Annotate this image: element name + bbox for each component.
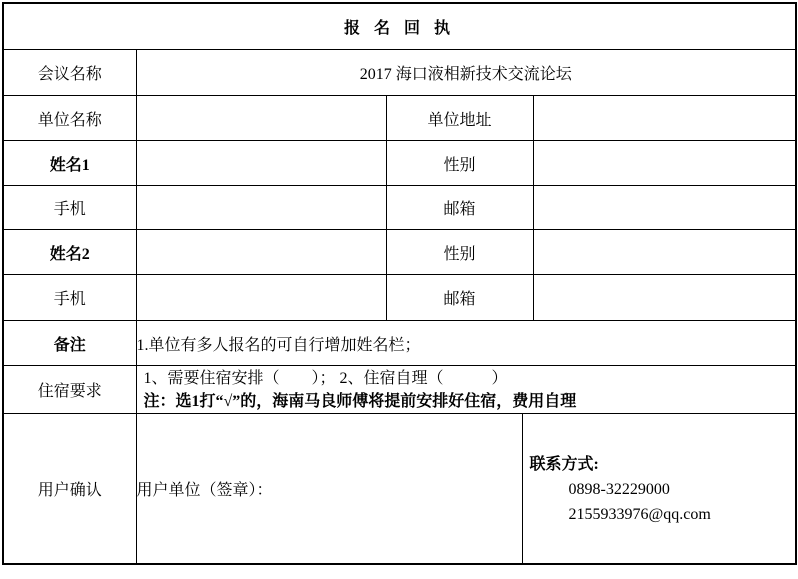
person2-name-label: 姓名2 xyxy=(3,230,136,275)
lodging-note-line: 注：选1打“√”的，海南马良师傅将提前安排好住宿，费用自理 xyxy=(137,390,796,413)
unit-address-field[interactable] xyxy=(533,96,796,141)
person1-phone-field[interactable] xyxy=(136,186,386,230)
person2-gender-field[interactable] xyxy=(533,230,796,275)
lodging-row: 住宿要求 1、需要住宿安排（ ）； 2、住宿自理（ ） 注：选1打“√”的，海南… xyxy=(3,366,796,414)
contact-title: 联系方式: xyxy=(523,450,796,477)
lodging-option-line: 1、需要住宿安排（ ）； 2、住宿自理（ ） xyxy=(137,367,796,390)
signature-field[interactable]: 用户单位（签章）： xyxy=(136,414,522,565)
person1-name-label: 姓名1 xyxy=(3,141,136,186)
registration-form-page: 报 名 回 执 会议名称 2017 海口液相新技术交流论坛 单位名称 单位地址 … xyxy=(0,0,798,579)
person1-name-field[interactable] xyxy=(136,141,386,186)
lodging-options-cell[interactable]: 1、需要住宿安排（ ）； 2、住宿自理（ ） 注：选1打“√”的，海南马良师傅将… xyxy=(136,366,796,414)
unit-name-label: 单位名称 xyxy=(3,96,136,141)
person2-name-row: 姓名2 性别 xyxy=(3,230,796,275)
contact-email: 2155933976@qq.com xyxy=(523,502,796,527)
person1-contact-row: 手机 邮箱 xyxy=(3,186,796,230)
form-title: 报 名 回 执 xyxy=(3,3,796,50)
person1-email-field[interactable] xyxy=(533,186,796,230)
title-row: 报 名 回 执 xyxy=(3,3,796,50)
registration-form-table: 报 名 回 执 会议名称 2017 海口液相新技术交流论坛 单位名称 单位地址 … xyxy=(2,2,797,565)
person2-phone-label: 手机 xyxy=(3,275,136,321)
confirm-label: 用户确认 xyxy=(3,414,136,565)
person2-contact-row: 手机 邮箱 xyxy=(3,275,796,321)
remark-row: 备注 1.单位有多人报名的可自行增加姓名栏； xyxy=(3,321,796,366)
person2-gender-label: 性别 xyxy=(386,230,533,275)
confirm-row: 用户确认 用户单位（签章）： 联系方式: 0898-32229000 21559… xyxy=(3,414,796,565)
contact-phone: 0898-32229000 xyxy=(523,477,796,502)
remark-label: 备注 xyxy=(3,321,136,366)
person2-phone-field[interactable] xyxy=(136,275,386,321)
unit-name-field[interactable] xyxy=(136,96,386,141)
remark-text: 1.单位有多人报名的可自行增加姓名栏； xyxy=(136,321,796,366)
person2-email-field[interactable] xyxy=(533,275,796,321)
meeting-name-row: 会议名称 2017 海口液相新技术交流论坛 xyxy=(3,50,796,96)
person1-phone-label: 手机 xyxy=(3,186,136,230)
unit-row: 单位名称 单位地址 xyxy=(3,96,796,141)
person2-name-field[interactable] xyxy=(136,230,386,275)
person1-gender-label: 性别 xyxy=(386,141,533,186)
unit-address-label: 单位地址 xyxy=(386,96,533,141)
lodging-label: 住宿要求 xyxy=(3,366,136,414)
person2-email-label: 邮箱 xyxy=(386,275,533,321)
person1-name-row: 姓名1 性别 xyxy=(3,141,796,186)
meeting-name-label: 会议名称 xyxy=(3,50,136,96)
person1-gender-field[interactable] xyxy=(533,141,796,186)
person1-email-label: 邮箱 xyxy=(386,186,533,230)
contact-info-cell: 联系方式: 0898-32229000 2155933976@qq.com xyxy=(522,414,796,565)
meeting-name-value: 2017 海口液相新技术交流论坛 xyxy=(136,50,796,96)
